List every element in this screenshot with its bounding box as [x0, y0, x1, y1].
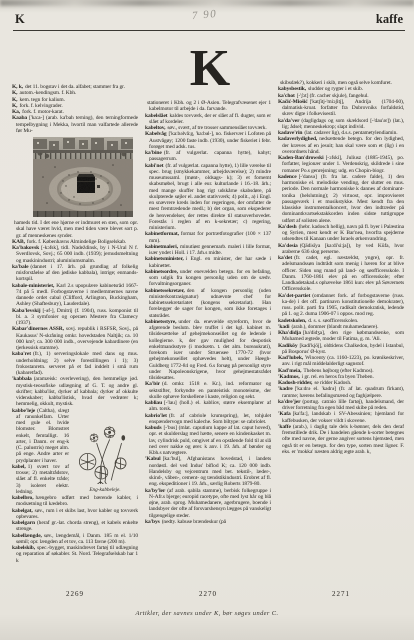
entry-term: kabelbro, [12, 495, 33, 501]
dictionary-entry: Kaaba['ka:a-] (arab. ka'bah terning), de… [12, 115, 138, 134]
entry-text: (fr. af vulgærlat. capanna hytte), kahyt… [149, 150, 271, 162]
dictionary-entry: kabinetformat,format for portrætfotograf… [145, 231, 271, 244]
dictionary-entry: Kaden-Ban'drowski[-ɔfski], Juliusz (1885… [278, 155, 404, 174]
dictionary-entry: hameds tid. I det ene hjørne er indmuret… [12, 220, 138, 239]
scan-artifact [0, 0, 414, 6]
entry-text: [kadi'kjöj], oldtidens Chalkedon, bydel … [282, 343, 404, 355]
entry-term: 'kabbala [12, 376, 32, 382]
entry-term: kadetskolen, [278, 318, 306, 324]
scanned-dictionary-page: K 7 90 kaffe K, k,det 11. bogstav i det … [0, 0, 414, 640]
entry-term: 'kadre [278, 386, 293, 392]
entry-text: (d. omkr. 1518 e. Kr.), ind. reformator … [149, 381, 271, 400]
entry-text: (fr. af cabriole krumspring), let, tohju… [149, 413, 271, 425]
entry-term: Ka'det-partiet [278, 293, 310, 299]
text-columns: K, k,det 11. bogstav i det da. alfabet; … [12, 42, 404, 632]
entry-text: (fr. af vulgærlat. capanna hytte), 1) li… [149, 163, 271, 232]
entry-term: ka'dre'jer [278, 399, 300, 405]
dictionary-entry: ka'det(fr. cadet, egl. næstældst, yngre)… [278, 255, 404, 293]
kaaba-photo [33, 137, 133, 217]
dictionary-entry: kabelbro,hængebro udført med bærende kab… [12, 495, 138, 508]
dictionary-entry: Kaba'levskij[-əf-], Dmitrij (f. 1904), r… [12, 308, 138, 327]
dictionary-entry: kabelgat,søv., rum i et skibs last, hvor… [12, 508, 138, 521]
entry-term: kabellængde, [12, 533, 42, 539]
entry-text: d. s. s. søofficersskolen. [308, 318, 358, 324]
entry-term: Kha'didja [278, 330, 301, 336]
entry-term: Kaaba [12, 115, 27, 121]
entry-term: kabelgarn [12, 520, 35, 526]
dictionary-entry: 'Kabul[ka:'bul], Afghanistans hovedstad,… [145, 456, 271, 487]
dictionary-entry: kadence[-'dansə] (fr. fra lat. cadere fa… [278, 174, 404, 224]
entry-list: stationeret i Kbh. og 2 i Ø-Asien. Teleg… [145, 100, 271, 525]
entry-term: kabuds [145, 425, 162, 431]
entry-text: [-'ʃɔt] (fr. cacher skjule), fangehul. [297, 93, 369, 99]
entry-term: kabrio'let [145, 413, 167, 419]
entry-term: kabinetformat, [145, 231, 179, 237]
dictionary-entry: kabliau[-'lau] (holl.) el. kabliov, stør… [145, 400, 271, 413]
entry-term: kabinetsordre, [145, 269, 178, 275]
entry-text: [-'dansə] (fr. fra lat. cadere falde), 1… [282, 174, 404, 224]
page-number-left: 2269 [12, 590, 138, 598]
dictionary-entry: ka'by'ler(af arab. qabila stamme), berbi… [145, 488, 271, 519]
dictionary-entry: kabinetsordre,under enevælden betegn. fo… [145, 269, 271, 288]
entry-text: [-'lau] (holl.) el. kabliov, større ekse… [149, 400, 271, 412]
entry-text: under da. enevælde styreform, hvor de af… [149, 319, 271, 381]
marsh-marigold-illustration: Eng-kabbeleje. [72, 410, 138, 493]
entry-list: K, k,det 11. bogstav i det da. alfabet; … [12, 84, 138, 134]
entry-text: (hebr. kadosch hellig), navn på fl. byer… [282, 224, 404, 243]
dictionary-entry: kabinetmaleri,minutiøst gennemarb. maler… [145, 244, 271, 257]
dictionary-entry: ka'bine(fr. af vulgærlat. capanna hytte)… [145, 150, 271, 163]
dictionary-entry: ka'bale(dannet i 17. årh. på grundlag af… [12, 264, 138, 283]
dictionary-entry: kabellængde,søv., længdemål, i Danm. 185… [12, 533, 138, 546]
dictionary-entry: Kha'didja[ha'didʒa], den rige købmandsen… [278, 330, 404, 343]
entry-text: [ka'fa:], landskab i SV-Abessinien; hjem… [282, 411, 404, 423]
dictionary-entry: Kačić-Miošić['katʃitj-'miɔʃitj], Andrija… [278, 99, 404, 118]
entry-text: (aramæisk: overlevering), den hemmelige … [16, 376, 138, 407]
entry-term: K, [12, 97, 17, 103]
entry-text: i gr. rel. en heros fra byen Theben. [302, 374, 374, 380]
dictionary-entry: kabinetsminister,i Engl. en minister, de… [145, 256, 271, 269]
running-head-letter: K [15, 12, 25, 27]
dictionary-entry: Ka'desia(Qādisīya [ka:di'si:ja]), by ved… [278, 243, 404, 256]
illustration-caption: Eng-kabbeleje. [72, 487, 138, 493]
entry-term: kabysbestik, [278, 86, 306, 92]
entry-term: kabinetmaleri, [145, 244, 178, 250]
entry-text: [ka:'bul], Afghanistans hovedstad, i lan… [149, 456, 271, 487]
entry-text: fork. f. kelvingrader. [19, 103, 62, 109]
entry-term: kabi'net [145, 163, 163, 169]
entry-text: hameds tid. I det ene hjørne er indmuret… [14, 220, 138, 239]
entry-term: 'Kabul [145, 456, 161, 462]
entry-term: Kabelvåg [145, 131, 167, 137]
dictionary-entry: kabinetssekretær,den af kongen personlig… [145, 288, 271, 319]
entry-term: kabinetssekretær, [145, 288, 185, 294]
entry-term: ka'bale [12, 264, 28, 270]
dictionary-entry: ka'dre'jer(portug. catraio lille fartøj)… [278, 399, 404, 412]
entry-term: kabale-ministeriet, [12, 283, 54, 289]
entry-term: Kačić-Miošić [278, 99, 308, 105]
entry-text: (fr. cadet, egl. næstældst, yngre), opr.… [282, 255, 404, 292]
entry-text: ['ka:bəlvå:g, 'ka:bəl-], no. fiskervær i… [149, 131, 271, 150]
running-head-keyword: kaffe [376, 12, 403, 27]
entry-text: kem. tegn for kalium. [19, 97, 64, 103]
entry-term: kabelslået [145, 113, 168, 119]
dictionary-entry: kabi'net(fr. af vulgærlat. capanna hytte… [145, 163, 271, 232]
entry-term: Kadiköy [278, 343, 297, 349]
entry-term: Kaba'levskij [12, 308, 40, 314]
entry-term: ka'da'ver [278, 118, 299, 124]
entry-text: ['ka:drə el. 'kadrə] (fr. af lat. quadru… [282, 386, 404, 398]
dictionary-entry: kabale-ministeriet,Karl 2.s upopulære ka… [12, 283, 138, 308]
column-left: K, k,det 11. bogstav i det da. alfabet; … [12, 42, 138, 632]
entry-term: kabinetsminister, [145, 256, 184, 262]
header-rule [13, 30, 405, 31]
entry-term: kaba'ret [12, 351, 31, 357]
dictionary-entry: kabelslåetkaldes tovværk, der er slået a… [145, 113, 271, 126]
entry-term: kabliau [145, 400, 162, 406]
dictionary-entry: ka'bys(nedty. kabuse brændeskur (på [145, 519, 271, 525]
entry-term: ka'bys [145, 519, 160, 525]
entry-text: (nedty. kabuse brændeskur (på [162, 519, 226, 525]
entry-term: Kad'meia, [278, 368, 301, 374]
entry-term: Ka'desh [278, 224, 297, 230]
dictionary-entry: 'kabbala(aramæisk: overlevering), den he… [12, 376, 138, 407]
footer-note: Artikler, der savnes under K, bør søges … [0, 610, 414, 617]
dictionary-entry: Ka'bir(d. omkr. 1518 e. Kr.), ind. refor… [145, 381, 271, 400]
entry-text: stationeret i Kbh. og 2 i Ø-Asien. Teleg… [147, 100, 271, 112]
entry-term: 'kadi [278, 324, 289, 330]
entry-term: kabinetsstyre, [145, 319, 176, 325]
dictionary-entry: Kabar'dinernes ASSR,sovj. republik i RSF… [12, 326, 138, 351]
dictionary-entry: kaba'ret(fr.), 1) serveringslokale med d… [12, 351, 138, 376]
dictionary-entry: kabelskib,spec.-bygget, maskindrevet far… [12, 545, 138, 564]
dictionary-entry: Ka'det-partiet(omdannet fork. af forbogs… [278, 293, 404, 318]
entry-text: (arab.), i daglig tale dels k-bønner, de… [282, 424, 404, 455]
entry-text: (Caltha), slægt af ranunkelfam. Urter me… [16, 408, 69, 464]
dictionary-entry: ka'da'ver(dagligdags og som skældsord [-… [278, 118, 404, 131]
dictionary-entry: 'Kafa[ka'fa:], landskab i SV-Abessinien;… [278, 411, 404, 424]
entry-text: [-'bus] (mlat. caputium kappe af lat. ca… [149, 425, 271, 456]
entry-text: (Qādisīya [ka:di'si:ja]), by ved Kūfa, h… [282, 243, 404, 255]
section-drop-cap: K [145, 44, 271, 94]
entry-term: kadence [278, 174, 297, 180]
dictionary-entry: Kad'lubek,Wincenty (ca. 1160-1223), po. … [278, 355, 404, 368]
entry-term: kadaverlydighed, [278, 136, 317, 142]
dictionary-entry: Ka'desh(hebr. kadosch hellig), navn på f… [278, 224, 404, 243]
entry-text: (af arab. qabila stamme), berbisk folkeg… [149, 488, 271, 519]
entry-term: ka'by'ler [145, 488, 165, 494]
dictionary-entry: Ka'bakovsk[-kɔfsk], tidl. Nadeždinsk, by… [12, 245, 138, 264]
column-middle: K stationeret i Kbh. og 2 i Ø-Asien. Tel… [145, 42, 271, 590]
entry-term: Kabar'dinernes ASSR, [12, 326, 64, 332]
dictionary-entry: kabrio'let(fr. af cabriole krumspring), … [145, 413, 271, 426]
dictionary-entry: kabuds[-'bus] (mlat. caputium kappe af l… [145, 425, 271, 456]
entry-term: ka'bine [145, 150, 162, 156]
entry-text: (arab.), dommer (blandt muhamedanere). [291, 324, 378, 330]
entry-text: Thebens højborg (efter Kadmos). [303, 368, 373, 374]
entry-term: K, [12, 90, 17, 96]
entry-text: (fr.), 1) serveringslokale med dans og m… [16, 351, 138, 376]
page-number-middle: 2270 [145, 590, 271, 598]
entry-list: hameds tid. I det ene hjørne er indmuret… [12, 220, 138, 408]
dictionary-entry: kabinetsstyre,under da. enevælde styrefo… [145, 319, 271, 382]
entry-text: (dagligdags og som skældsord [-'dau'ər])… [282, 118, 404, 130]
entry-term: Ka'bir [145, 381, 160, 387]
entry-text: autom.-kendingsm. f. Kbh. [19, 90, 76, 96]
entry-term: 'kaffe [278, 424, 291, 430]
dictionary-entry: 'kadre['ka:drə el. 'kadrə] (fr. af lat. … [278, 386, 404, 399]
entry-term: kabelgat, [12, 508, 33, 514]
entry-term: 'Kafa [278, 411, 291, 417]
handwritten-page-number: 7 90 [192, 8, 218, 22]
entry-term: Ka'desia [278, 243, 298, 249]
dictionary-entry: 'kaffe(arab.), i daglig tale dels k-bønn… [278, 424, 404, 455]
entry-term: kabel, [12, 464, 26, 470]
dictionary-entry: kabelgarn(heraf gr.-lat. chorda streng),… [12, 520, 138, 533]
entry-text: ['ka:a-] (arab. ka'bah terning), den ter… [16, 115, 138, 134]
dictionary-entry: stationeret i Kbh. og 2 i Ø-Asien. Teleg… [145, 100, 271, 113]
entry-text: søv., rum i et skibs last, hvor kabler o… [16, 508, 138, 520]
entry-text: sludder og rygter i et skib. [308, 86, 363, 92]
entry-term: ka'chot [278, 93, 295, 99]
column-right: skibsdæk?), kokkeri i skib, men også sel… [278, 42, 404, 628]
dictionary-entry: Kabelvåg['ka:bəlvå:g, 'ka:bəl-], no. fis… [145, 131, 271, 150]
entry-term: 'Kadmos, [278, 374, 300, 380]
page-numbers: 2269 2270 2271 [12, 590, 404, 598]
entry-text: (portug. catraio lille fartøj), handelsm… [282, 399, 404, 411]
entry-term: kabbe'leje [12, 408, 35, 414]
entry-text: fork. f. Københavns Almindelige Boligsel… [27, 239, 126, 245]
dictionary-entry: kadaverlydighed,nedsættende betegn. for … [278, 136, 404, 155]
page-number-right: 2271 [278, 590, 404, 598]
dictionary-entry: Kadiköy[kadi'kjöj], oldtidens Chalkedon,… [278, 343, 404, 356]
entry-list: skibsdæk?), kokkeri i skib, men også sel… [278, 80, 404, 455]
entry-text: (dannet i 17. årh. på grundlag af folkel… [16, 264, 138, 283]
entry-term: K, [12, 103, 17, 109]
entry-text: hængebro udført med bærende kabler, i mo… [16, 495, 138, 507]
entry-term: KAB, [12, 239, 25, 245]
entry-text: skibsdæk?), kokkeri i skib, men også sel… [280, 80, 392, 86]
